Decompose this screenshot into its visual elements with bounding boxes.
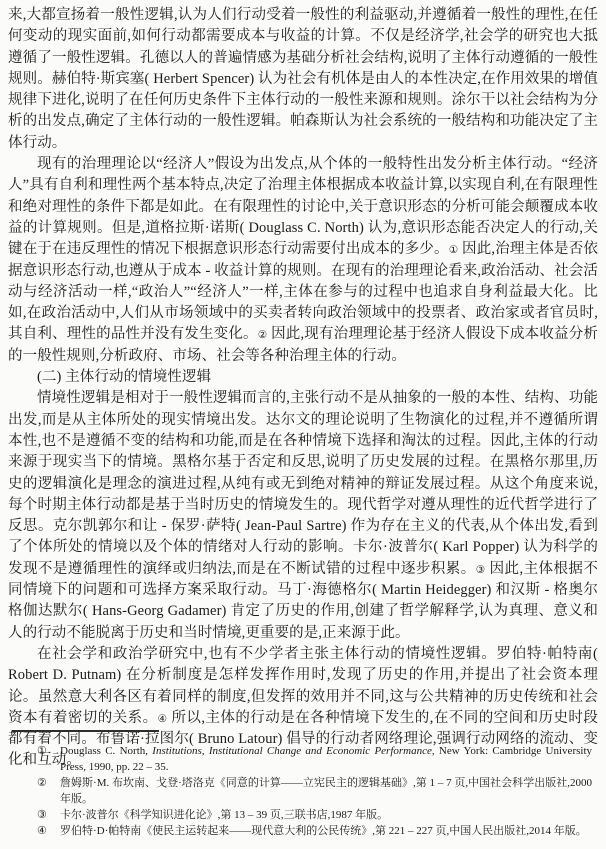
paragraph-general-logic-continuation: 来,大都宣扬着一般性逻辑,认为人们行动受着一般性的利益驱动,并遵循着一般性的理性… [8,5,598,154]
section-heading-situational-logic: (二) 主体行动的情境性逻辑 [8,367,598,388]
footnote-divider [12,730,159,732]
footnote-item: ② 詹姆斯·M. 布坎南、戈登·塔洛克《同意的计算——立宪民主的逻辑基础》,第 … [8,775,598,807]
footnote-text: 罗伯特·D·帕特南《使民主运转起来——现代意大利的公民传统》,第 221 – 2… [60,823,598,839]
footnote-marker: ③ [37,807,53,823]
footnote-item: ① Douglass C. North, Institutions, Insti… [8,743,598,775]
footnote-text: 卡尔·波普尔《科学知识进化论》,第 13 – 39 页,三联书店,1987 年版… [60,807,598,823]
article-body: 来,大都宣扬着一般性逻辑,认为人们行动受着一般性的利益驱动,并遵循着一般性的理性… [8,5,598,772]
footnote-text: 詹姆斯·M. 布坎南、戈登·塔洛克《同意的计算——立宪民主的逻辑基础》,第 1 … [60,775,598,807]
paragraph-economic-man-assumption: 现有的治理理论以“经济人”假设为出发点,从个体的一般特性出发分析主体行动。“经济… [8,154,598,367]
footnote-marker: ④ [37,823,53,839]
document-page: 来,大都宣扬着一般性逻辑,认为人们行动受着一般性的利益驱动,并遵循着一般性的理性… [0,0,606,849]
paragraph-situational-logic: 情境性逻辑是相对于一般性逻辑而言的,主张行动不是从抽象的一般的本性、结构、功能出… [8,388,598,644]
footnote-area: ① Douglass C. North, Institutions, Insti… [8,720,598,839]
footnote-marker: ① [37,743,53,759]
footnote-item: ④ 罗伯特·D·帕特南《使民主运转起来——现代意大利的公民传统》,第 221 –… [8,823,598,839]
footnote-marker: ② [37,775,53,791]
footnote-item: ③ 卡尔·波普尔《科学知识进化论》,第 13 – 39 页,三联书店,1987 … [8,807,598,823]
footnote-text: Douglass C. North, Institutions, Institu… [60,743,598,775]
